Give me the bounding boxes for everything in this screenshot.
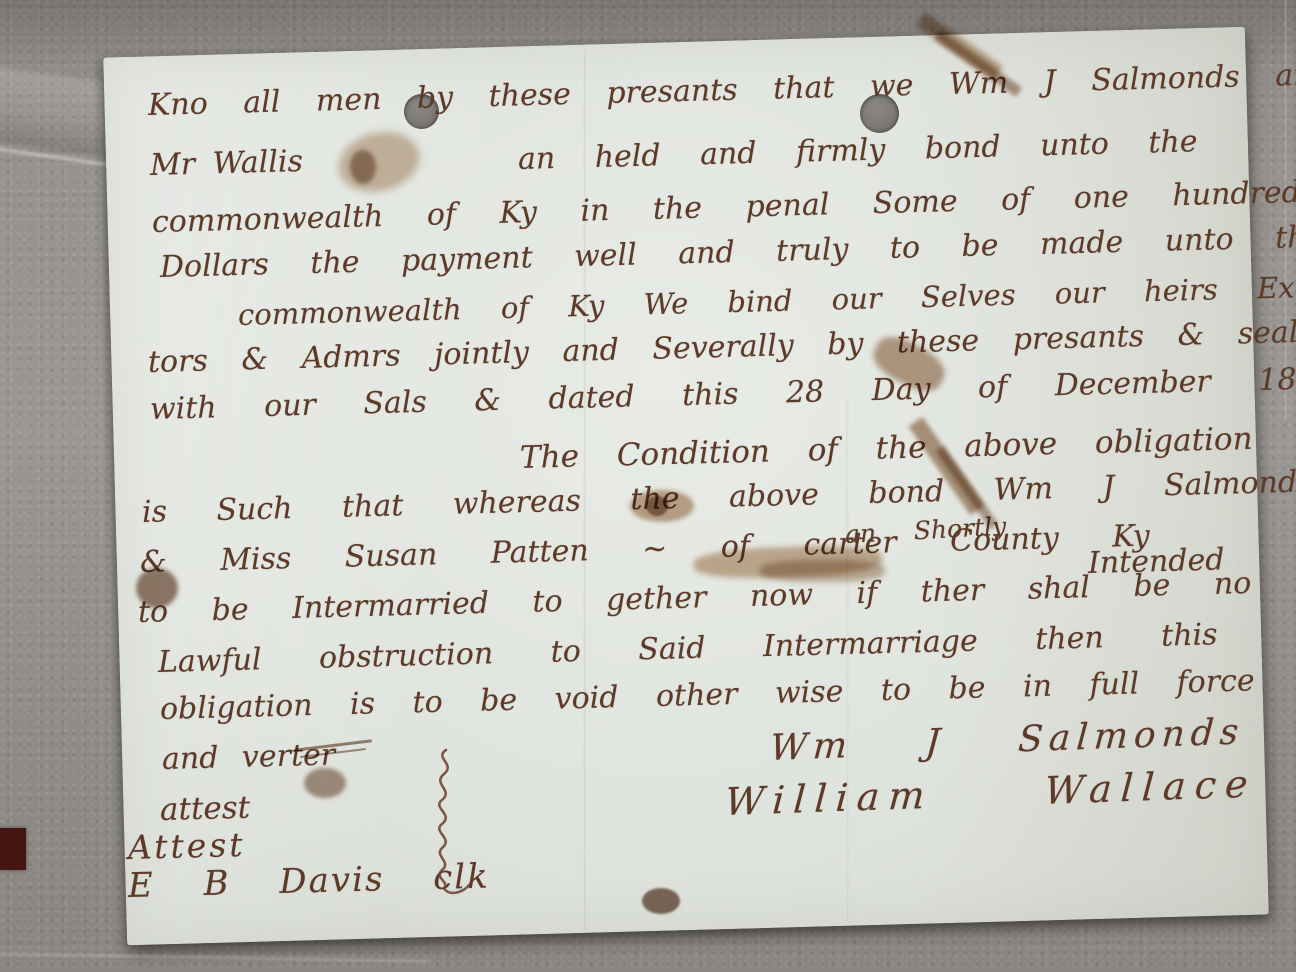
- red-edge-mark: [0, 828, 26, 870]
- handwriting-attest-small: attest: [160, 790, 251, 828]
- ink-smudge-line-1-core: [350, 150, 376, 184]
- ink-blotch-bottom-center: [642, 888, 680, 914]
- ink-smudge-verter: [304, 768, 346, 798]
- ink-blotch-left-margin: [136, 568, 178, 608]
- pen-squiggle-bracket: [428, 748, 474, 904]
- background-bottom-seam: [0, 952, 430, 963]
- handwriting-and-verter: and verter: [162, 737, 336, 777]
- handwriting-line-2-left: Mr Wallis: [150, 144, 304, 183]
- photo-of-document: Kno all men by these presants that we Wm…: [0, 0, 1296, 972]
- ink-smudge-county-2: [760, 560, 885, 582]
- ink-smudge-above-word-core: [646, 496, 668, 516]
- handwriting-attest-formal: Attest: [127, 825, 245, 867]
